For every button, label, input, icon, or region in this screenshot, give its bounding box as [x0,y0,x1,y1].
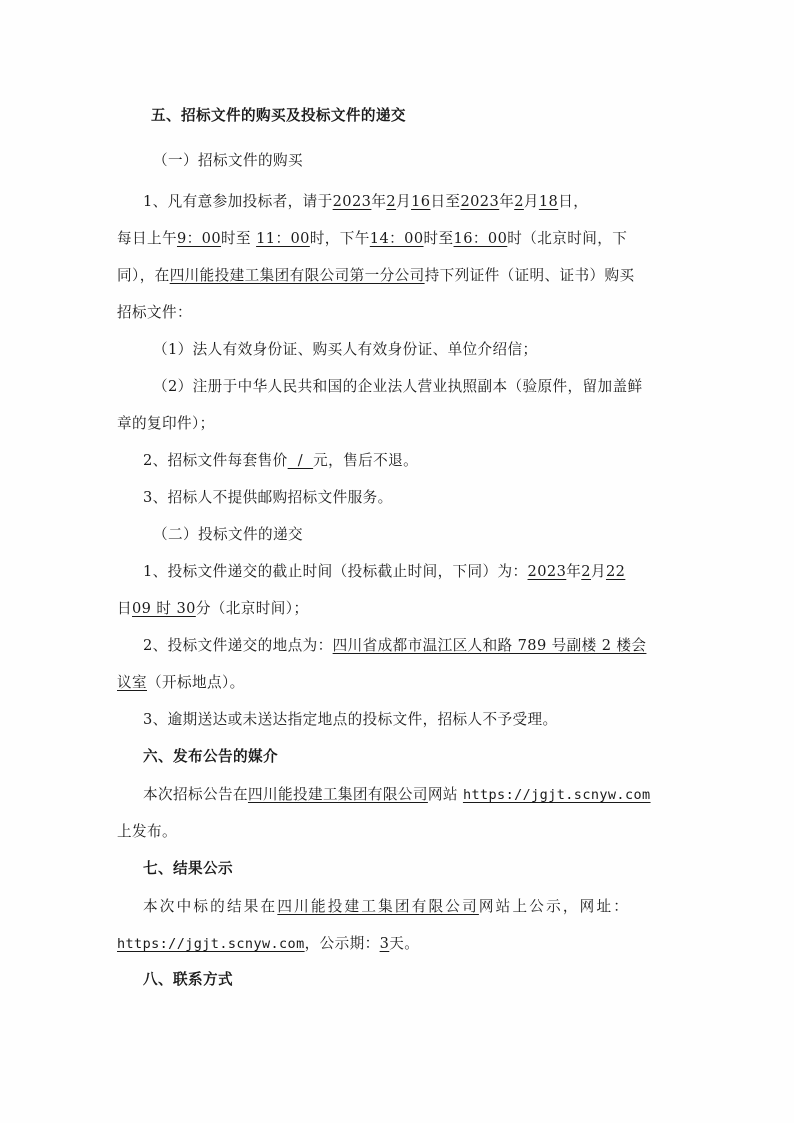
company-name: 四川能投建工集团有限公司 [277,898,479,915]
section5-sub2: （二）投标文件的递交 [153,523,303,544]
section5-sub1: （一）招标文件的购买 [153,149,303,170]
end-year: 2023 [460,193,499,210]
doc-requirement-1: （1）法人有效身份证、购买人有效身份证、单位介绍信； [153,338,538,359]
doc-requirement-2: （2）注册于中华人民共和国的企业法人营业执照副本（验原件，留加盖鲜 [153,375,643,396]
deadline-year: 2023 [528,563,567,580]
item1-line3: 同），在四川能投建工集团有限公司第一分公司持下列证件（证明、证书）购买 [117,264,635,285]
company-name: 四川能投建工集团有限公司 [248,786,428,803]
deadline-month: 2 [581,563,591,580]
item1-line4: 招标文件： [117,301,192,322]
submission-place: 四川省成都市温江区人和路 789 号副楼 2 楼会 [333,637,647,654]
section7-heading: 七、结果公示 [143,857,233,878]
price: / [288,452,313,469]
end-day: 18 [539,193,558,210]
deadline-time: 09 时 30 [132,600,196,617]
section6-text-cont: 上发布。 [117,820,177,841]
purchase-location: 四川能投建工集团有限公司第一分公司 [170,267,425,284]
start-day: 16 [411,193,430,210]
doc-requirement-2-cont: 章的复印件）； [117,412,215,433]
item1-line2: 每日上午9：00时至 11：00时，下午14：00时至16：00时（北京时间，下 [117,227,627,248]
deadline-day: 22 [606,563,625,580]
end-month: 2 [514,193,524,210]
item2: 2、招标文件每套售价 / 元，售后不退。 [143,449,418,470]
website-link[interactable]: https://jgjt.scnyw.com [117,936,305,952]
am-end: 11：00 [256,230,310,247]
deadline-line2: 日09 时 30分（北京时间）； [117,597,308,618]
section5-heading: 五、招标文件的购买及投标文件的递交 [151,104,406,125]
start-year: 2023 [333,193,372,210]
submission-place-line1: 2、投标文件递交的地点为：四川省成都市温江区人和路 789 号副楼 2 楼会 [143,634,646,655]
section8-heading: 八、联系方式 [143,968,233,989]
item3: 3、招标人不提供邮购招标文件服务。 [143,486,393,507]
section6-text: 本次招标公告在四川能投建工集团有限公司网站 https://jgjt.scnyw… [143,783,651,804]
submission-place-line2: 议室（开标地点）。 [117,671,245,692]
section7-text-cont: https://jgjt.scnyw.com，公示期：3天。 [117,932,419,953]
deadline-line1: 1、投标文件递交的截止时间（投标截止时间，下同）为：2023年2月22 [143,560,625,581]
pm-end: 16：00 [454,230,508,247]
start-month: 2 [386,193,396,210]
am-start: 9：00 [177,230,221,247]
late-submission-note: 3、逾期送达或未送达指定地点的投标文件，招标人不予受理。 [143,708,558,729]
publicity-days: 3 [380,935,390,952]
pm-start: 14：00 [370,230,424,247]
item1-line1: 1、凡有意参加投标者，请于2023年2月16日至2023年2月18日， [143,190,588,211]
section7-text: 本次中标的结果在四川能投建工集团有限公司网站上公示，网址： [143,895,630,916]
website-link[interactable]: https://jgjt.scnyw.com [463,787,651,803]
section6-heading: 六、发布公告的媒介 [143,745,278,766]
